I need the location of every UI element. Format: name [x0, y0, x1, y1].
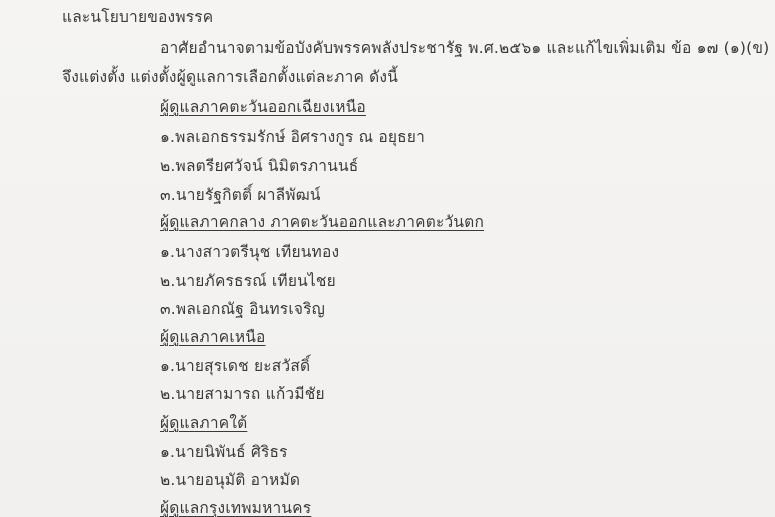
document-page: และนโยบายของพรรค อาศัยอำนาจตามข้อบังคับพ…	[0, 0, 775, 517]
member-item: ๒.พลตรียศวัจน์ นิมิตรภานนธ์	[160, 156, 358, 176]
section-heading-bangkok: ผู้ดูแลกรุงเทพมหานคร	[160, 498, 311, 517]
section-heading-south: ผู้ดูแลภาคใต้	[160, 413, 247, 433]
member-item: ๑.นางสาวตรีนุช เทียนทอง	[160, 242, 339, 262]
member-item: ๑.นายนิพันธ์ ศิริธร	[160, 442, 288, 462]
member-item: ๓.นายรัฐกิตติ์ ผาลีพัฒน์	[160, 185, 321, 205]
member-item: ๓.พลเอกณัฐ อินทรเจริญ	[160, 299, 325, 319]
member-item: ๑.นายสุรเดช ยะสวัสดิ์	[160, 356, 310, 376]
section-heading-central-east-west: ผู้ดูแลภาคกลาง ภาคตะวันออกและภาคตะวันตก	[160, 212, 484, 232]
member-item: ๑.พลเอกธรรมรักษ์ อิศรางกูร ณ อยุธยา	[160, 127, 425, 147]
member-item: ๒.นายสามารถ แก้วมีชัย	[160, 384, 325, 404]
member-item: ๒.นายอนุมัติ อาหมัด	[160, 470, 300, 490]
section-heading-northeast: ผู้ดูแลภาคตะวันออกเฉียงเหนือ	[160, 97, 366, 117]
member-item: ๒.นายภัครธรณ์ เทียนไชย	[160, 271, 336, 291]
appoint-line: จึงแต่งตั้ง แต่งตั้งผู้ดูแลการเลือกตั้งแ…	[62, 67, 398, 87]
section-heading-north: ผู้ดูแลภาคเหนือ	[160, 327, 266, 347]
intro-line: และนโยบายของพรรค	[62, 7, 213, 27]
authority-line: อาศัยอำนาจตามข้อบังคับพรรคพลังประชารัฐ พ…	[160, 38, 769, 58]
